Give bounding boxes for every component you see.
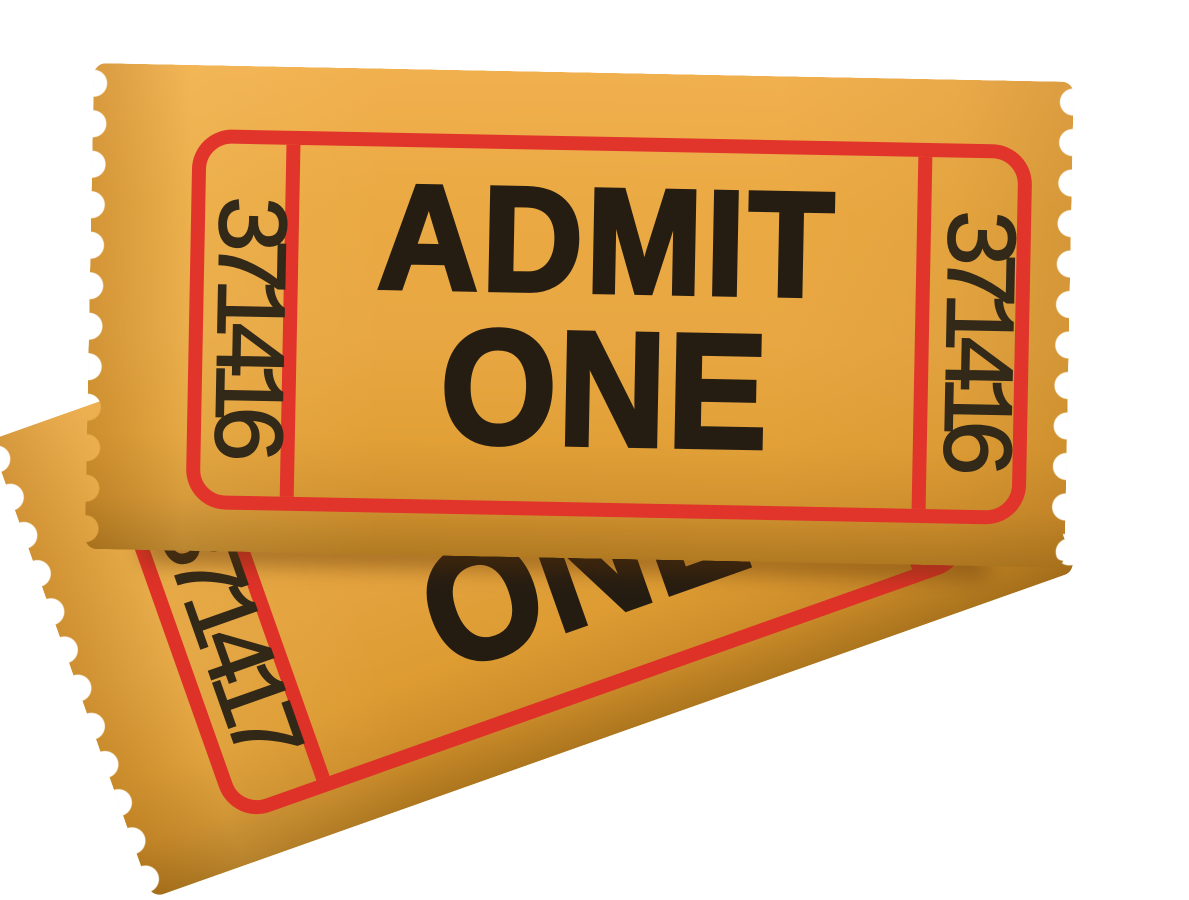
- serial-number-right: 371416: [920, 207, 1025, 461]
- ticket-title-one: ONE: [319, 303, 891, 476]
- admit-one-tickets-image: 371417 371417 ADMIT ONE 371416 371416 AD…: [0, 0, 1189, 900]
- ticket-top: 371416 371416 ADMIT ONE: [85, 63, 1074, 568]
- ticket-frame: 371416 371416 ADMIT ONE: [185, 129, 1032, 525]
- serial-number-left: 371416: [191, 193, 296, 447]
- ticket-title: ADMIT ONE: [294, 145, 919, 509]
- ticket-title-admit: ADMIT: [316, 162, 900, 321]
